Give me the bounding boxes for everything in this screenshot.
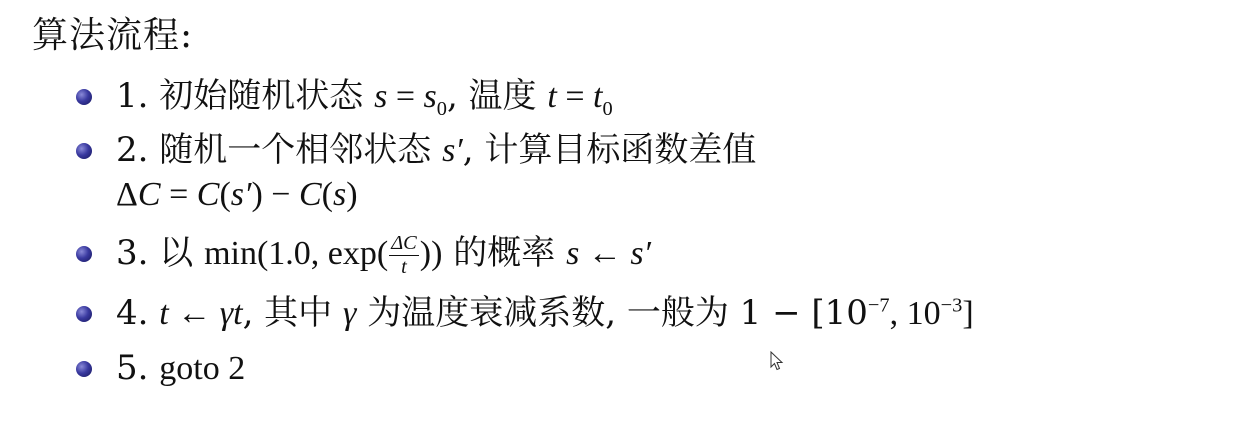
bullet-icon [76, 306, 92, 322]
item-text: 5. goto 2 [116, 346, 245, 391]
item-text: 4. t ← γt, 其中 γ 为温度衰减系数, 一般为 1 − [10−7, … [116, 291, 974, 336]
item-text: 2. 随机一个相邻状态 s′, 计算目标函数差值 [116, 128, 756, 173]
arrow-cursor-icon [770, 351, 784, 371]
item-text: 1. 初始随机状态 s = s0, 温度 t = t0 [116, 74, 613, 119]
bullet-icon [76, 143, 92, 159]
bullet-icon [76, 361, 92, 377]
fraction: ΔCt [389, 232, 419, 278]
item-text: 3. 以 min(1.0, exp(ΔCt)) 的概率 s ← s′ [116, 231, 651, 278]
item-text-line2: ΔC = C(s′) − C(s) [116, 172, 358, 217]
slide-title: 算法流程: [32, 12, 193, 60]
bullet-icon [76, 246, 92, 262]
bullet-icon [76, 89, 92, 105]
